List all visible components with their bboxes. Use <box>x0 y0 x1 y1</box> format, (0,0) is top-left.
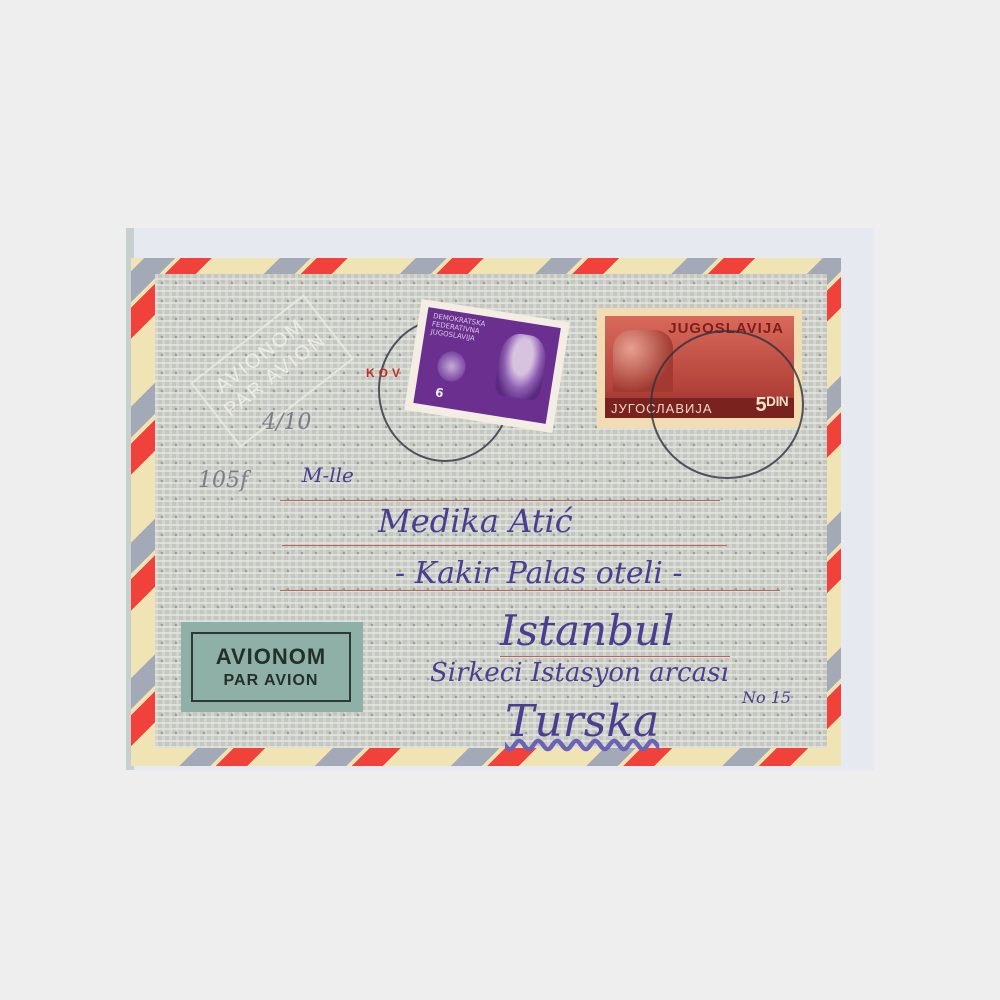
airmail-label: AVIONOM PAR AVION <box>181 622 363 712</box>
coat-of-arms-icon <box>435 349 467 383</box>
address-street: Sirkeci Istasyon arcası <box>430 658 729 688</box>
address-hotel: - Kakir Palas oteli - <box>395 556 683 591</box>
stamp-header: DEMOKRATSKA FEDERATIVNA JUGOSLAVIJA <box>430 312 503 347</box>
address-country: Turska <box>505 696 659 747</box>
airmail-label-line1: AVIONOM <box>193 644 349 670</box>
pencil-note-top: 4/10 <box>262 410 311 435</box>
purple-portrait-stamp: DEMOKRATSKA FEDERATIVNA JUGOSLAVIJA 6 <box>404 299 570 433</box>
address-number: No 15 <box>742 688 791 707</box>
portrait-icon <box>494 331 549 401</box>
stamp-face: DEMOKRATSKA FEDERATIVNA JUGOSLAVIJA 6 <box>413 307 561 424</box>
airmail-label-frame: AVIONOM PAR AVION <box>191 632 351 702</box>
pencil-note-left: 105f <box>198 468 248 493</box>
postmark-circle-right <box>650 330 804 479</box>
address-salutation: M-lle <box>302 463 354 487</box>
address-line-4 <box>500 656 730 657</box>
address-line-1 <box>280 500 720 501</box>
address-city: Istanbul <box>500 606 674 655</box>
address-name: Medika Atić <box>378 502 573 540</box>
airmail-label-line2: PAR AVION <box>193 672 349 690</box>
postmark-text: KOV <box>366 366 404 380</box>
stamp-value: 6 <box>434 385 444 400</box>
address-line-2 <box>282 545 727 546</box>
